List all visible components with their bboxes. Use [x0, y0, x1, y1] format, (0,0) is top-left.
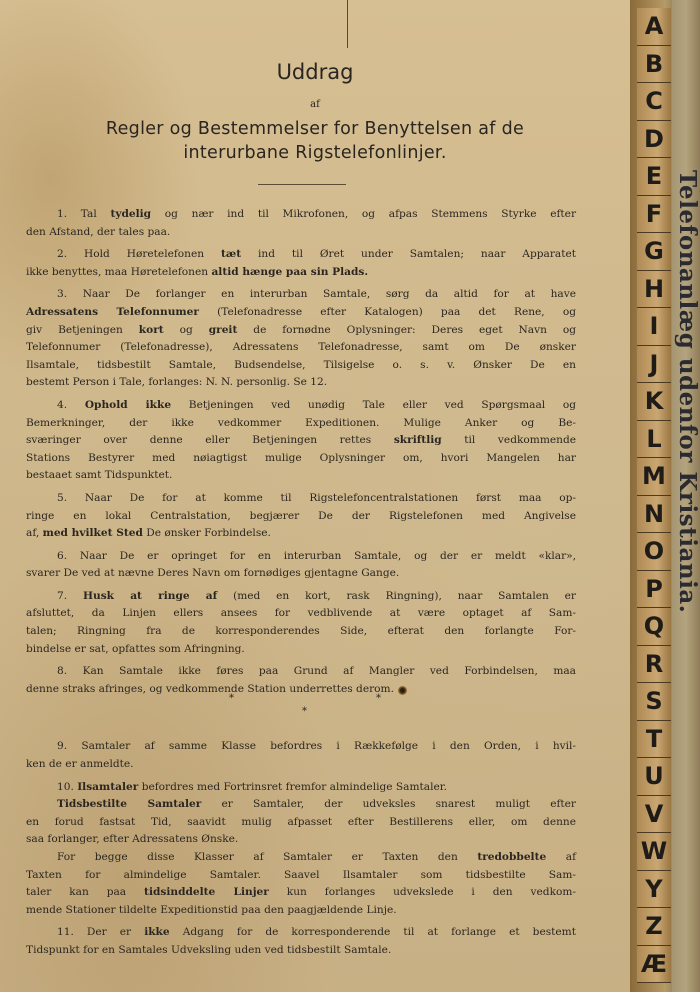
index-tab-d[interactable]: D — [637, 121, 671, 159]
index-tab-u[interactable]: U — [637, 758, 671, 796]
title-divider — [258, 184, 346, 185]
rule-3-line: Telefonnumer (Telefonadresse), Adressate… — [26, 339, 576, 357]
index-tab-e[interactable]: E — [637, 158, 671, 196]
index-tab-b[interactable]: B — [637, 46, 671, 84]
rule-5-line: 5. Naar De for at komme til Rigstelefonc… — [26, 490, 576, 508]
rule-5-line: af, med hvilket Sted De ønsker Forbindel… — [26, 525, 576, 543]
main-title-line-2: interurbane Rigstelefonlinjer. — [0, 143, 630, 163]
rule-11-line: Tidspunkt for en Samtales Udveksling ude… — [26, 942, 576, 960]
rule-4-line: Bemerkninger, der ikke vedkommer Expedit… — [26, 415, 576, 433]
index-tab-t[interactable]: T — [637, 721, 671, 759]
rule-4-line: sværinger over denne eller Betjeningen r… — [26, 432, 576, 450]
separator-star: * — [376, 693, 381, 704]
index-tab-l[interactable]: L — [637, 421, 671, 459]
separator-star: * — [229, 693, 234, 704]
index-tab-g[interactable]: G — [637, 233, 671, 271]
index-tab-j[interactable]: J — [637, 346, 671, 384]
rule-7-line: afsluttet, da Linjen ellers ansees for v… — [26, 605, 576, 623]
rule-1-line: 1. Tal tydelig og nær ind til Mikrofonen… — [26, 206, 576, 224]
title-connector: af — [0, 99, 630, 110]
index-tab-ae[interactable]: Æ — [637, 946, 671, 984]
rule-9-line: ken de er anmeldte. — [26, 756, 576, 774]
main-title-line-1: Regler og Bestemmelser for Benyttelsen a… — [0, 119, 630, 139]
rule-10-line: Taxten for almindelige Samtaler. Saavel … — [26, 867, 576, 885]
fold-crease — [347, 0, 348, 48]
index-tab-z[interactable]: Z — [637, 908, 671, 946]
rule-7-line: bindelse er sat, opfattes som Afringning… — [26, 641, 576, 659]
index-tab-s[interactable]: S — [637, 683, 671, 721]
rule-2-line: ikke benyttes, maa Høretelefonen altid h… — [26, 264, 576, 282]
index-tab-i[interactable]: I — [637, 308, 671, 346]
index-tab-f[interactable]: F — [637, 196, 671, 234]
rule-6-line: svarer De ved at nævne Deres Navn om for… — [26, 565, 576, 583]
rule-10-line: mende Stationer tildelte Expeditionstid … — [26, 902, 576, 920]
document-title: Uddrag — [0, 60, 630, 84]
rule-10-line: For begge disse Klasser af Samtaler er T… — [26, 849, 576, 867]
index-tab-o[interactable]: O — [637, 533, 671, 571]
index-tab-p[interactable]: P — [637, 571, 671, 609]
spine-label: Telefonanlæg udenfor Kristiania. — [674, 170, 700, 613]
document-page: Uddrag af Regler og Bestemmelser for Ben… — [0, 0, 630, 992]
index-tab-w[interactable]: W — [637, 833, 671, 871]
rule-4-line: bestaaet samt Tidspunktet. — [26, 467, 576, 485]
index-tab-r[interactable]: R — [637, 646, 671, 684]
index-tab-c[interactable]: C — [637, 83, 671, 121]
alphabet-index: A B C D E F G H I J K L M N O P Q R S T … — [637, 8, 671, 983]
rule-2-line: 2. Hold Høretelefonen tæt ind til Øret u… — [26, 246, 576, 264]
rule-9-line: 9. Samtaler af samme Klasse befordres i … — [26, 738, 576, 756]
rule-3-line: 3. Naar De forlanger en interurban Samta… — [26, 286, 576, 304]
rule-8-line: 8. Kan Samtale ikke føres paa Grund af M… — [26, 663, 576, 681]
rule-7-line: 7. Husk at ringe af (med en kort, rask R… — [26, 588, 576, 606]
index-tab-h[interactable]: H — [637, 271, 671, 309]
rule-6-line: 6. Naar De er opringet for en interurban… — [26, 548, 576, 566]
rules-body: 1. Tal tydelig og nær ind til Mikrofonen… — [26, 206, 576, 960]
index-tab-k[interactable]: K — [637, 383, 671, 421]
section-separator — [26, 698, 576, 738]
rule-1-line: den Afstand, der tales paa. — [26, 224, 576, 242]
rule-10-line: Tidsbestilte Samtaler er Samtaler, der u… — [26, 796, 576, 814]
rule-3-line: Adressatens Telefonnumer (Telefonadresse… — [26, 304, 576, 322]
index-tab-y[interactable]: Y — [637, 871, 671, 909]
index-tab-q[interactable]: Q — [637, 608, 671, 646]
rule-8-line: denne straks afringes, og vedkommende St… — [26, 681, 576, 699]
index-tab-v[interactable]: V — [637, 796, 671, 834]
rule-3-line: bestemt Person i Tale, forlanges: N. N. … — [26, 374, 576, 392]
rule-3-line: Ilsamtale, tidsbestilt Samtale, Budsende… — [26, 357, 576, 375]
rule-4-line: 4. Ophold ikke Betjeningen ved unødig Ta… — [26, 397, 576, 415]
rule-4-line: Stations Bestyrer med nøiagtigst mulige … — [26, 450, 576, 468]
rule-3-line: giv Betjeningen kort og greit de fornødn… — [26, 322, 576, 340]
index-tab-n[interactable]: N — [637, 496, 671, 534]
rule-10-line: saa forlanger, efter Adressatens Ønske. — [26, 831, 576, 849]
rule-10-line: en forud fastsat Tid, saavidt mulig afpa… — [26, 814, 576, 832]
ink-stain — [398, 686, 407, 695]
index-tab-a[interactable]: A — [637, 8, 671, 46]
rule-10-line: 10. Ilsamtaler befordres med Fortrinsret… — [26, 779, 576, 797]
rule-5-line: ringe en lokal Centralstation, begjærer … — [26, 508, 576, 526]
rule-11-line: 11. Der er ikke Adgang for de korrespond… — [26, 924, 576, 942]
index-tab-m[interactable]: M — [637, 458, 671, 496]
rule-7-line: talen; Ringning fra de korresponderendes… — [26, 623, 576, 641]
rule-10-line: taler kan paa tidsinddelte Linjer kun fo… — [26, 884, 576, 902]
separator-star: * — [302, 706, 307, 717]
